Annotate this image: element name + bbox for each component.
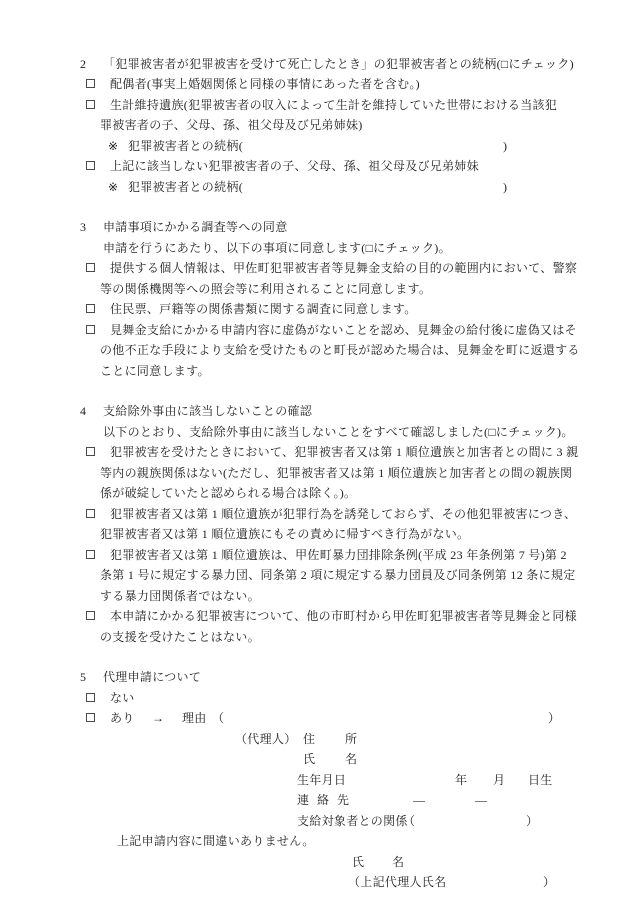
option-other-family: 上記に該当しない犯罪被害者の子、父母、孫、祖父母及び兄弟姉妹 [0, 158, 630, 178]
confirm-not-gang-cont2: する暴力団関係者ではない。 [0, 588, 630, 608]
text-segment: 犯罪被害者又は第 1 順位遺族は、甲佐町暴力団排除条例(平成 23 年条例第 7… [110, 547, 567, 564]
consent-refund: 見舞金支給にかかる申請内容に虚偽がないことを認め、見舞金の給付後に虚偽又はそ [0, 322, 630, 342]
proxy-person-label: （代理人） [235, 731, 297, 748]
confirm-no-kinship: 犯罪被害を受けたときにおいて、犯罪被害者又は第 1 順位遺族と加害者との間に 3… [0, 444, 630, 464]
blank-open-paren: （ [212, 710, 224, 727]
section5-number: 5 [80, 669, 86, 686]
text-segment: 犯罪被害者又は第 1 順位遺族が犯罪行為を誘発しておらず、その他犯罪被害につき、 [110, 506, 576, 523]
text-segment: 氏 [303, 751, 315, 768]
section3-heading: 3申請事項にかかる調査等への同意 [0, 219, 630, 239]
consent-documents: 住民票、戸籍等の関係書類に関する調査に同意します。 [0, 301, 630, 321]
option-spouse-checkbox[interactable] [86, 79, 95, 88]
text-segment: 先 [337, 792, 349, 809]
text-segment: 所 [345, 731, 357, 748]
text-segment: 名 [345, 751, 357, 768]
consent-refund-cont1: の他不正な手段により支給を受けたものと町長が認めた場合は、見舞金を町に返還する [0, 342, 630, 362]
option-proxy-none-checkbox[interactable] [86, 693, 95, 702]
proxy-relation-row: 支給対象者との関係（） [0, 813, 630, 833]
confirm-no-kinship-cont2: 係が破綻していたと認められる場合は除く。)。 [0, 485, 630, 505]
text-segment: 係が破綻していたと認められる場合は除く。)。 [100, 485, 356, 502]
text-segment: 申請を行うにあたり、以下の事項に同意します(□にチェック)。 [103, 240, 451, 257]
text-segment: （上記代理人氏名 [348, 874, 446, 891]
section2-title: 「犯罪被害者が犯罪被害を受けて死亡したとき」の犯罪被害者との続柄(□にチェック) [103, 56, 574, 73]
text-segment: 生計維持遺族(犯罪被害者の収入によって生計を維持していた世帯における当該犯 [110, 97, 557, 114]
text-segment: 犯罪被害者又は第 1 順位遺族にもその責めに帰すべき行為がない。 [100, 526, 469, 543]
note-mark: ※ [108, 138, 118, 155]
phone-dash: ― [413, 792, 425, 809]
text-segment: 月 [493, 772, 505, 789]
note-mark: ※ [108, 179, 118, 196]
text-segment: 罪被害者の子、父母、孫、祖父母及び兄弟姉妹) [100, 117, 363, 134]
text-segment: 氏 [352, 854, 364, 871]
text-segment: ことに同意します。 [100, 363, 210, 380]
blank-close-paren: ) [503, 179, 507, 196]
text-segment: 支給対象者との関係 [297, 813, 408, 830]
blank-close-paren: ) [503, 138, 507, 155]
text-segment: 生年月日 [297, 772, 346, 789]
option-proxy-yes-checkbox[interactable] [86, 713, 95, 722]
text-segment: の支援を受けたことはない。 [100, 629, 260, 646]
text-segment: 住民票、戸籍等の関係書類に関する調査に同意します。 [110, 301, 417, 318]
confirm-no-other-support-checkbox[interactable] [86, 611, 95, 620]
phone-dash: ― [475, 792, 487, 809]
proxy-name-row: 氏名 [0, 751, 630, 771]
section5-title: 代理申請について [103, 669, 201, 686]
section3-number: 3 [80, 219, 86, 236]
consent-documents-checkbox[interactable] [86, 304, 95, 313]
blank-close-paren: ） [548, 710, 560, 727]
text-segment: 等内の親族関係はない(ただし、犯罪被害者又は第 1 順位遺族と加害者との間の親族… [100, 465, 572, 482]
confirm-no-kinship-checkbox[interactable] [86, 447, 95, 456]
option-dependent-family-cont: 罪被害者の子、父母、孫、祖父母及び兄弟姉妹) [0, 117, 630, 137]
section2-heading: 2「犯罪被害者が犯罪被害を受けて死亡したとき」の犯罪被害者との続柄(□にチェック… [0, 56, 630, 76]
section4-number: 4 [80, 403, 86, 420]
blank-close-paren: ） [526, 813, 538, 830]
option-other-family-checkbox[interactable] [86, 161, 95, 170]
text-segment: 配偶者(事実上婚姻関係と同様の事情にあった者を含む。) [110, 76, 420, 93]
document-page: 2「犯罪被害者が犯罪被害を受けて死亡したとき」の犯罪被害者との続柄(□にチェック… [0, 0, 630, 903]
text-segment: 提供する個人情報は、甲佐町犯罪被害者等見舞金支給の目的の範囲内において、警察 [110, 260, 577, 277]
arrow: → [152, 710, 164, 727]
text-segment: あり [110, 710, 135, 727]
section3-title: 申請事項にかかる調査等への同意 [103, 219, 288, 236]
signature-proxy-name-row: （上記代理人氏名） [0, 874, 630, 894]
section2-number: 2 [80, 56, 86, 73]
text-segment: ない [110, 690, 135, 707]
text-segment: 条第 1 号に規定する暴力団、同条第 2 項に規定する暴力団員及び同条例第 12… [100, 567, 576, 584]
option-dependent-family-checkbox[interactable] [86, 100, 95, 109]
text-segment: 上記申請内容に間違いありません。 [117, 833, 315, 850]
confirm-no-other-support: 本申請にかかる犯罪被害について、他の市町村から甲佐町犯罪被害者等見舞金と同様 [0, 608, 630, 628]
confirm-no-provocation-checkbox[interactable] [86, 509, 95, 518]
text-segment: 犯罪被害を受けたときにおいて、犯罪被害者又は第 1 順位遺族と加害者との間に 3… [110, 444, 578, 461]
relationship-blank-2: ※犯罪被害者との続柄() [0, 179, 630, 199]
consent-refund-checkbox[interactable] [86, 325, 95, 334]
section4-intro: 以下のとおり、支給除外事由に該当しないことをすべて確認しました(□にチェック)。 [0, 424, 630, 444]
confirm-no-other-support-cont: の支援を受けたことはない。 [0, 629, 630, 649]
text-segment: 日生 [528, 772, 553, 789]
signature-name-row: 氏名 [0, 854, 630, 874]
section3-intro: 申請を行うにあたり、以下の事項に同意します(□にチェック)。 [0, 240, 630, 260]
text-segment: 本申請にかかる犯罪被害について、他の市町村から甲佐町犯罪被害者等見舞金と同様 [110, 608, 577, 625]
section4-title: 支給除外事由に該当しないことの確認 [103, 403, 312, 420]
option-spouse: 配偶者(事実上婚姻関係と同様の事情にあった者を含む。) [0, 76, 630, 96]
proxy-address-row: （代理人）住所 [0, 731, 630, 751]
text-segment: 見舞金支給にかかる申請内容に虚偽がないことを認め、見舞金の給付後に虚偽又はそ [110, 322, 577, 339]
option-dependent-family: 生計維持遺族(犯罪被害者の収入によって生計を維持していた世帯における当該犯 [0, 97, 630, 117]
blank-open-paren: （ [403, 813, 415, 830]
text-segment: 年 [455, 772, 467, 789]
text-segment: 理由 [182, 710, 207, 727]
proxy-contact-row: 連絡先―― [0, 792, 630, 812]
confirm-no-kinship-cont1: 等内の親族関係はない(ただし、犯罪被害者又は第 1 順位遺族と加害者との間の親族… [0, 465, 630, 485]
text-segment: 名 [392, 854, 404, 871]
proxy-birthdate-row: 生年月日年月日生 [0, 772, 630, 792]
text-segment: 上記に該当しない犯罪被害者の子、父母、孫、祖父母及び兄弟姉妹 [110, 158, 479, 175]
option-proxy-none: ない [0, 690, 630, 710]
text-segment: の他不正な手段により支給を受けたものと町長が認めた場合は、見舞金を町に返還する [100, 342, 580, 359]
text-segment: 犯罪被害者との続柄( [128, 138, 243, 155]
blank-close-paren: ） [543, 874, 555, 891]
text-segment: 住 [303, 731, 315, 748]
confirm-not-gang: 犯罪被害者又は第 1 順位遺族は、甲佐町暴力団排除条例(平成 23 年条例第 7… [0, 547, 630, 567]
section4-heading: 4支給除外事由に該当しないことの確認 [0, 403, 630, 423]
section5-heading: 5代理申請について [0, 669, 630, 689]
declaration: 上記申請内容に間違いありません。 [0, 833, 630, 853]
text-segment: 等の関係機関等への照会等に利用されることに同意します。 [100, 281, 431, 298]
consent-refund-cont2: ことに同意します。 [0, 363, 630, 383]
consent-personal-info: 提供する個人情報は、甲佐町犯罪被害者等見舞金支給の目的の範囲内において、警察 [0, 260, 630, 280]
text-segment: 連 [297, 792, 309, 809]
text-segment: 以下のとおり、支給除外事由に該当しないことをすべて確認しました(□にチェック)。 [103, 424, 574, 441]
confirm-not-gang-cont1: 条第 1 号に規定する暴力団、同条第 2 項に規定する暴力団員及び同条例第 12… [0, 567, 630, 587]
text-segment: 犯罪被害者との続柄( [128, 179, 243, 196]
consent-personal-info-cont: 等の関係機関等への照会等に利用されることに同意します。 [0, 281, 630, 301]
option-proxy-yes: あり→理由（） [0, 710, 630, 730]
relationship-blank-1: ※犯罪被害者との続柄() [0, 138, 630, 158]
confirm-no-provocation: 犯罪被害者又は第 1 順位遺族が犯罪行為を誘発しておらず、その他犯罪被害につき、 [0, 506, 630, 526]
text-segment: 絡 [317, 792, 329, 809]
confirm-not-gang-checkbox[interactable] [86, 550, 95, 559]
text-segment: する暴力団関係者ではない。 [100, 588, 260, 605]
confirm-no-provocation-cont: 犯罪被害者又は第 1 順位遺族にもその責めに帰すべき行為がない。 [0, 526, 630, 546]
consent-personal-info-checkbox[interactable] [86, 263, 95, 272]
